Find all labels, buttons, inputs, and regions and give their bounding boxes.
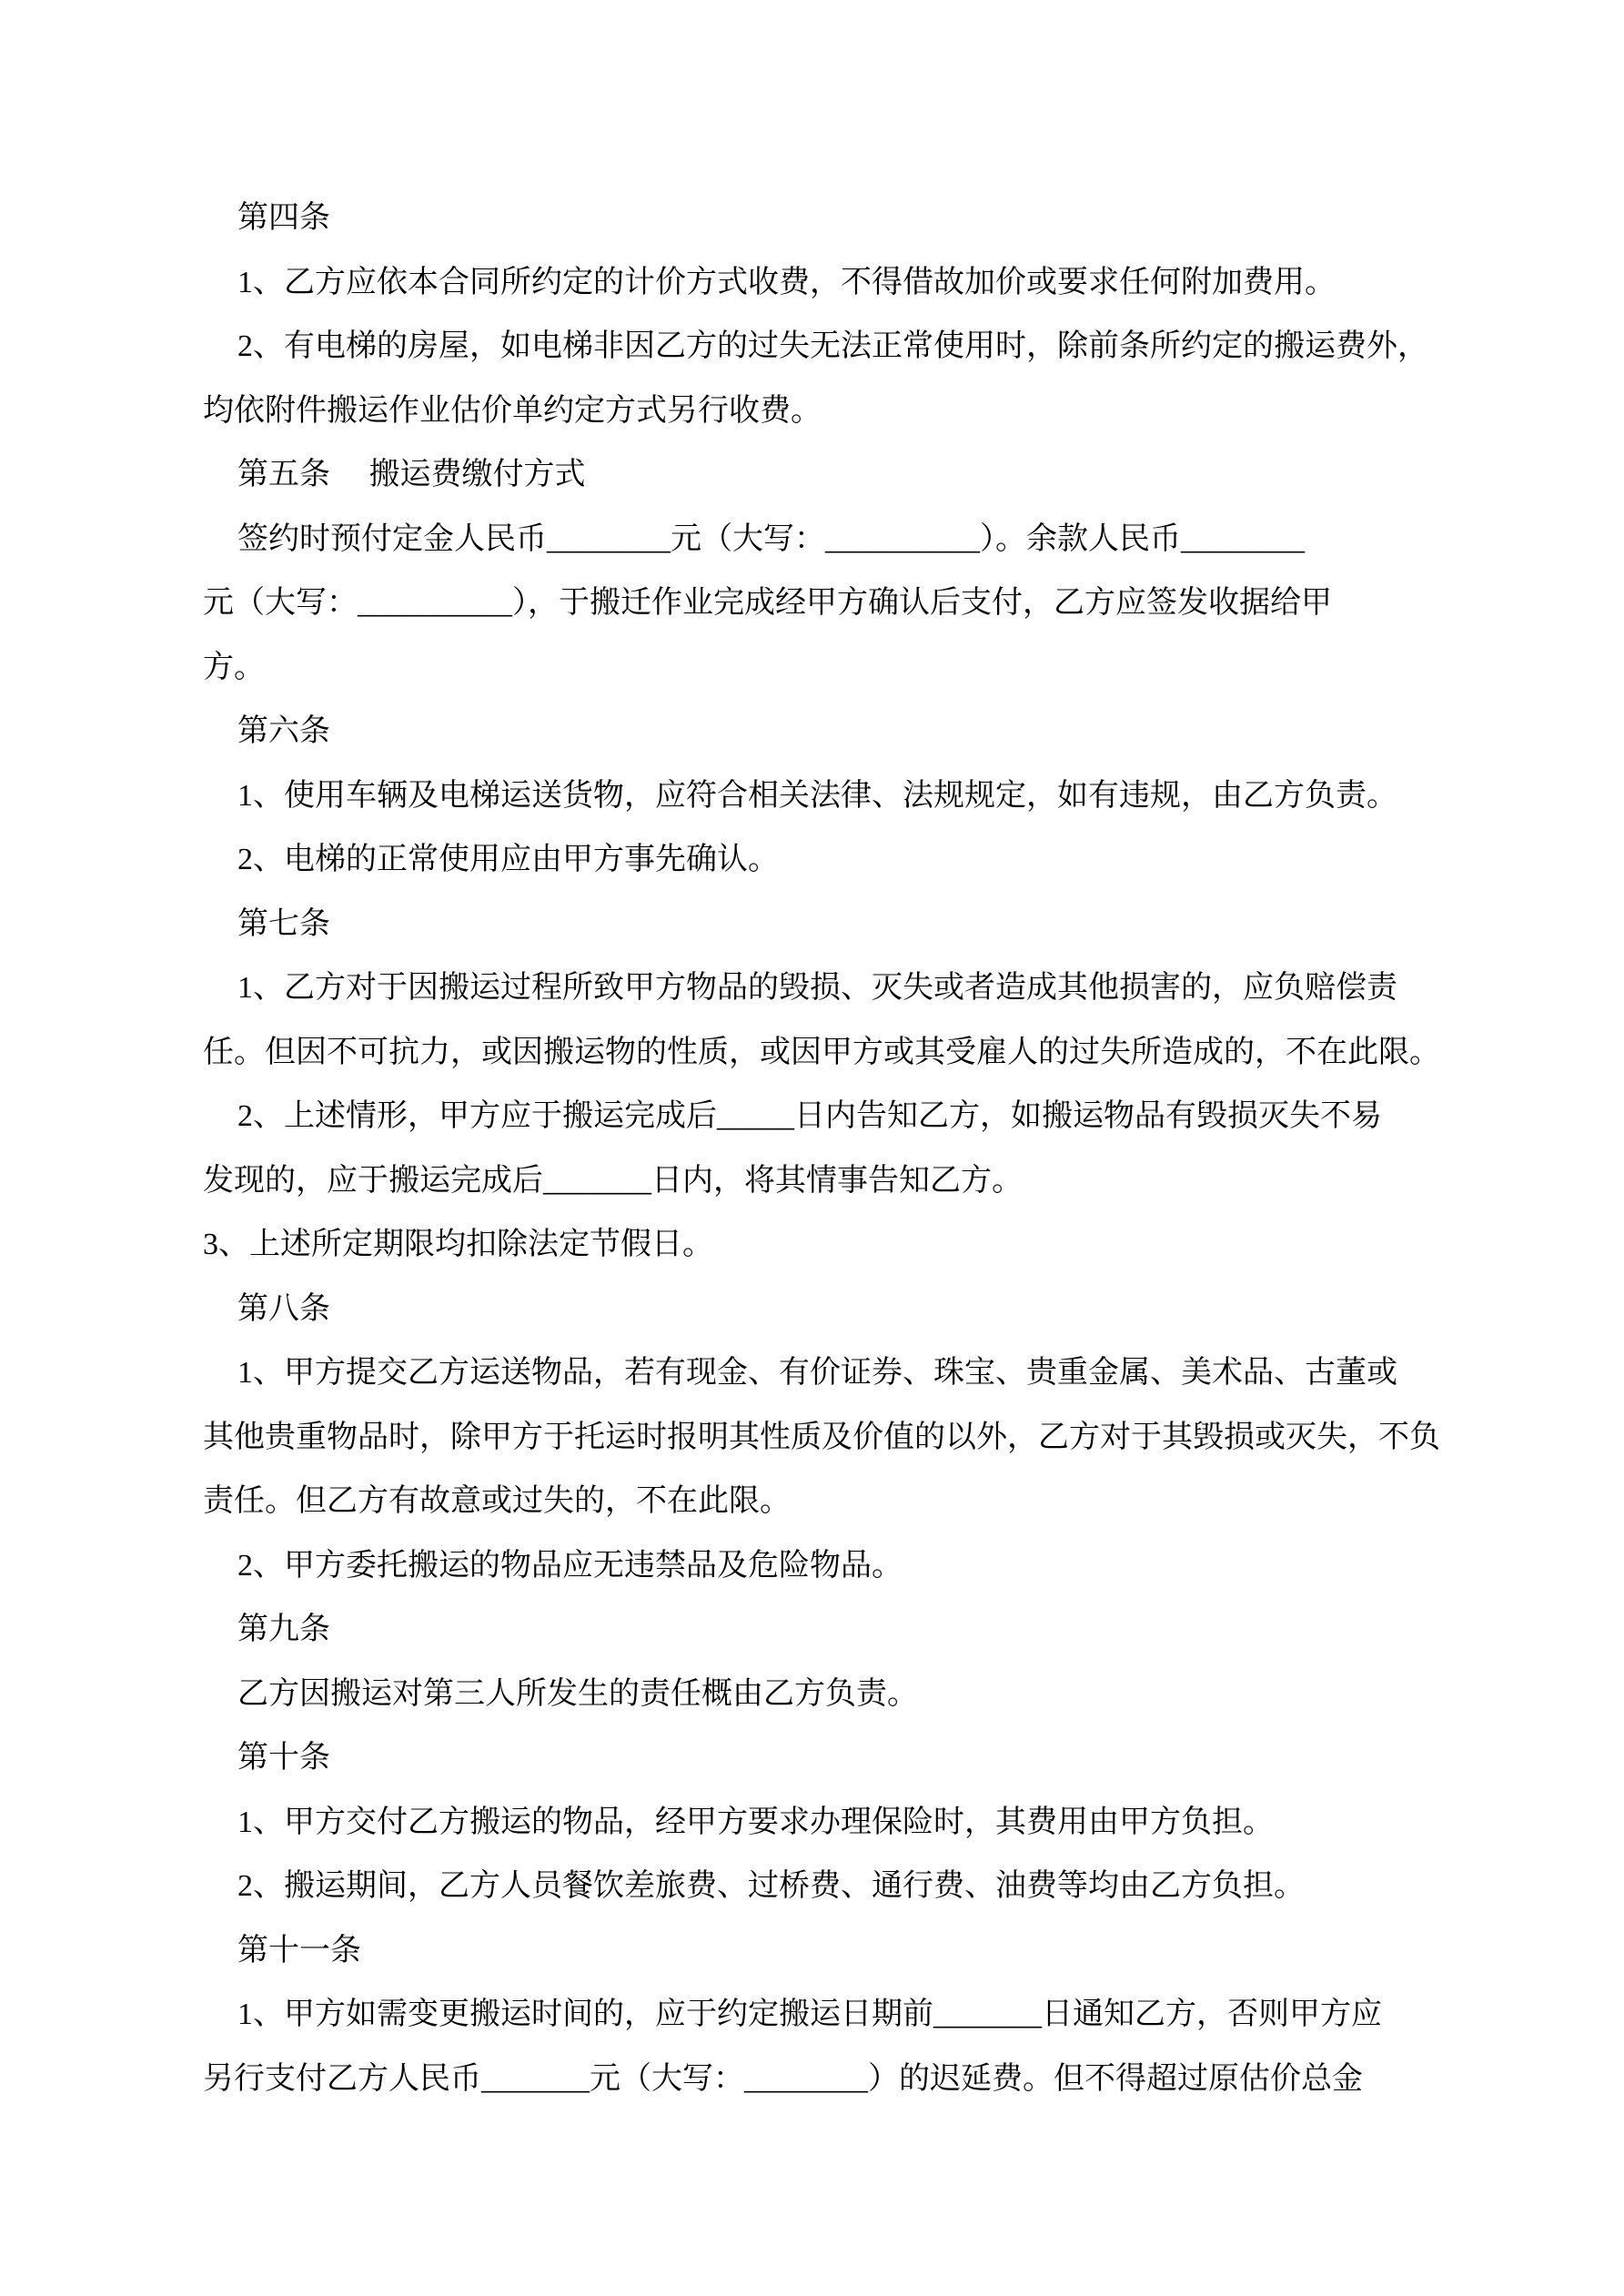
clause-5-body-line-2: 元（大写：__________），于搬迁作业完成经甲方确认后支付，乙方应签发收据…	[203, 571, 1477, 636]
clause-10-item-2: 2、搬运期间，乙方人员餐饮差旅费、过桥费、通行费、油费等均由乙方负担。	[203, 1855, 1477, 1919]
clause-9-body: 乙方因搬运对第三人所发生的责任概由乙方负责。	[203, 1663, 1477, 1727]
clause-7-item-2-line-2: 发现的，应于搬运完成后_______日内，将其情事告知乙方。	[203, 1149, 1477, 1214]
clause-8-item-1-line-2: 其他贵重物品时，除甲方于托运时报明其性质及价值的以外，乙方对于其毁损或灭失，不负	[203, 1406, 1477, 1471]
clause-4-item-2-line-1: 2、有电梯的房屋，如电梯非因乙方的过失无法正常使用时，除前条所约定的搬运费外，	[203, 315, 1477, 379]
clause-5-body-line-1: 签约时预付定金人民币________元（大写：__________）。余款人民币…	[203, 508, 1477, 572]
contract-text-block: 第四条 1、乙方应依本合同所约定的计价方式收费，不得借故加价或要求任何附加费用。…	[203, 187, 1477, 2111]
clause-11-item-1-line-1: 1、甲方如需变更搬运时间的，应于约定搬运日期前_______日通知乙方，否则甲方…	[203, 1983, 1477, 2048]
clause-7-item-3: 3、上述所定期限均扣除法定节假日。	[203, 1213, 1477, 1278]
clause-11-item-1-line-2: 另行支付乙方人民币_______元（大写：________）的迟延费。但不得超过…	[203, 2048, 1477, 2112]
clause-5-body-line-3: 方。	[203, 636, 1477, 701]
clause-7-heading: 第七条	[203, 893, 1477, 957]
clause-9-heading: 第九条	[203, 1598, 1477, 1663]
clause-7-item-1-line-2: 任。但因不可抗力，或因搬运物的性质，或因甲方或其受雇人的过失所造成的，不在此限。	[203, 1021, 1477, 1086]
clause-4-heading: 第四条	[203, 187, 1477, 251]
clause-5-heading: 第五条 搬运费缴付方式	[203, 443, 1477, 508]
clause-4-item-2-line-2: 均依附件搬运作业估价单约定方式另行收费。	[203, 379, 1477, 444]
clause-7-item-2-line-1: 2、上述情形，甲方应于搬运完成后_____日内告知乙方，如搬运物品有毁损灭失不易	[203, 1085, 1477, 1149]
clause-8-item-1-line-1: 1、甲方提交乙方运送物品，若有现金、有价证券、珠宝、贵重金属、美术品、古董或	[203, 1341, 1477, 1406]
clause-6-item-2: 2、电梯的正常使用应由甲方事先确认。	[203, 828, 1477, 893]
clause-8-heading: 第八条	[203, 1278, 1477, 1342]
clause-10-item-1: 1、甲方交付乙方搬运的物品，经甲方要求办理保险时，其费用由甲方负担。	[203, 1791, 1477, 1856]
clause-6-heading: 第六条	[203, 700, 1477, 764]
clause-6-item-1: 1、使用车辆及电梯运送货物，应符合相关法律、法规规定，如有违规，由乙方负责。	[203, 764, 1477, 829]
clause-10-heading: 第十条	[203, 1726, 1477, 1791]
clause-7-item-1-line-1: 1、乙方对于因搬运过程所致甲方物品的毁损、灭失或者造成其他损害的，应负赔偿责	[203, 956, 1477, 1021]
clause-11-heading: 第十一条	[203, 1919, 1477, 1984]
clause-8-item-1-line-3: 责任。但乙方有故意或过失的，不在此限。	[203, 1470, 1477, 1534]
clause-4-item-1: 1、乙方应依本合同所约定的计价方式收费，不得借故加价或要求任何附加费用。	[203, 251, 1477, 316]
clause-8-item-2: 2、甲方委托搬运的物品应无违禁品及危险物品。	[203, 1534, 1477, 1599]
